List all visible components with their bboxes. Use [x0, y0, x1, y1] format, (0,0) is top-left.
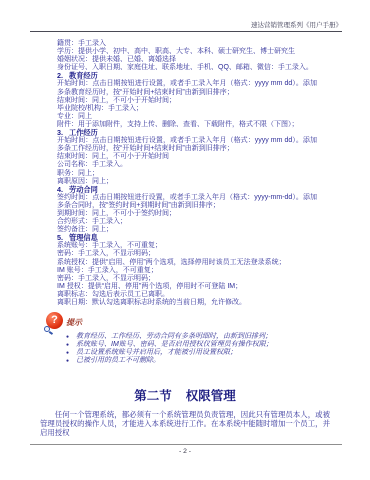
body-line: 密码：手工录入，不显示明码； — [57, 250, 317, 258]
section-number: 3. — [57, 128, 63, 137]
manual-page: 速达营销管理系列《用户手册》 籍贯：手工录入 学历：提供小学、初中、高中、职高、… — [0, 0, 370, 480]
bullet-text: 系统账号、IM账号、密码、是否启用授权仅管理员有操作权限； — [76, 341, 273, 349]
body-line: 开始时间：点击日期按钮进行设置，或者手工录入年月（格式：yyyy mm dd）。… — [57, 80, 317, 96]
bullet-text: 员工设置系统账号并启用后，才能被引用设置权限； — [76, 349, 237, 357]
bullet-text: 教育经历、工作经历、劳动合同有多条明细时，由新到旧排列； — [76, 333, 272, 341]
header-title: 速达营销管理系列《用户手册》 — [251, 22, 342, 29]
section-title: 管理信息 — [69, 233, 98, 242]
section-heading-work: 3.工作经历 — [57, 129, 317, 137]
footer-rule — [30, 444, 342, 445]
body-line: 离职标志：勾选后表示员工已离职。 — [57, 291, 317, 299]
tips-label: 提示 — [66, 317, 82, 329]
bullet-icon: ● — [66, 333, 76, 341]
body-line: 开始时间：点击日期按钮进行设置，或者手工录入年月（格式：yyyy mm dd）。… — [57, 137, 317, 153]
tips-header: ? 提示 — [46, 305, 317, 329]
body-line: 结束时间：同上，不可小于开始时间； — [57, 97, 317, 105]
body-line: 籍贯：手工录入 — [57, 40, 317, 48]
chapter-heading: 第二节权限管理 — [0, 386, 370, 404]
list-item: ● 员工设置系统账号并启用后，才能被引用设置权限； — [66, 349, 317, 357]
chapter-paragraph: 任何一个管理系统，都必须有一个系统管理员负责管理，因此只有管理员本人，或被管理员… — [40, 410, 330, 437]
section-heading-contract: 4.劳动合同 — [57, 186, 317, 194]
section-title: 工作经历 — [69, 128, 98, 137]
tips-callout: ? 提示 ● 教育经历、工作经历、劳动合同有多条明细时，由新到旧排列； ● 系统… — [46, 305, 317, 365]
body-line: 密码：手工录入，不显示明码； — [57, 275, 317, 283]
chapter-title: 权限管理 — [186, 389, 236, 403]
page-header: 速达营销管理系列《用户手册》 — [30, 20, 342, 32]
page-number: - 2 - — [0, 448, 370, 455]
list-item: ● 已被引用的员工不可删除。 — [66, 357, 317, 365]
question-mark-icon: ? — [46, 312, 63, 329]
chapter-number: 第二节 — [134, 389, 172, 403]
body-line: IM 账号：手工录入，不可重复； — [57, 267, 317, 275]
body-line: 系统授权：提供“启用、停用”两个选项，选择停用时该员工无法登录系统； — [57, 259, 317, 267]
body-line: 公司名称：手工录入。 — [57, 161, 317, 169]
body-line: 专业：同上 — [57, 113, 317, 121]
bullet-text: 已被引用的员工不可删除。 — [76, 357, 160, 365]
section-title: 劳动合同 — [69, 185, 98, 194]
list-item: ● 教育经历、工作经历、劳动合同有多条明细时，由新到旧排列； — [66, 333, 317, 341]
body-content: 籍贯：手工录入 学历：提供小学、初中、高中、职高、大专、本科、硕士研究生、博士研… — [57, 40, 317, 307]
list-item: ● 系统账号、IM账号、密码、是否启用授权仅管理员有操作权限； — [66, 341, 317, 349]
body-line: 到期时间：同上，不可小于签约时间； — [57, 210, 317, 218]
body-line: 学历：提供小学、初中、高中、职高、大专、本科、硕士研究生、博士研究生 — [57, 48, 317, 56]
body-line: 签约时间：点击日期按钮进行设置，或者手工录入年月（格式：yyyy-mm-dd）。… — [57, 194, 317, 210]
section-number: 5. — [57, 233, 63, 242]
tips-bullet-list: ● 教育经历、工作经历、劳动合同有多条明细时，由新到旧排列； ● 系统账号、IM… — [46, 333, 317, 365]
body-line: 合约形式：手工录入； — [57, 218, 317, 226]
bullet-icon: ● — [66, 357, 76, 365]
body-line: IM 授权：提供“启用、停用”两个选项，停用时不可登陆 IM； — [57, 283, 317, 291]
section-number: 4. — [57, 185, 63, 194]
body-line: 职务：同上； — [57, 170, 317, 178]
body-line: 毕业院校/机构：手工录入； — [57, 105, 317, 113]
bullet-icon: ● — [66, 349, 76, 357]
question-glyph: ? — [51, 314, 58, 326]
bullet-icon: ● — [66, 341, 76, 349]
